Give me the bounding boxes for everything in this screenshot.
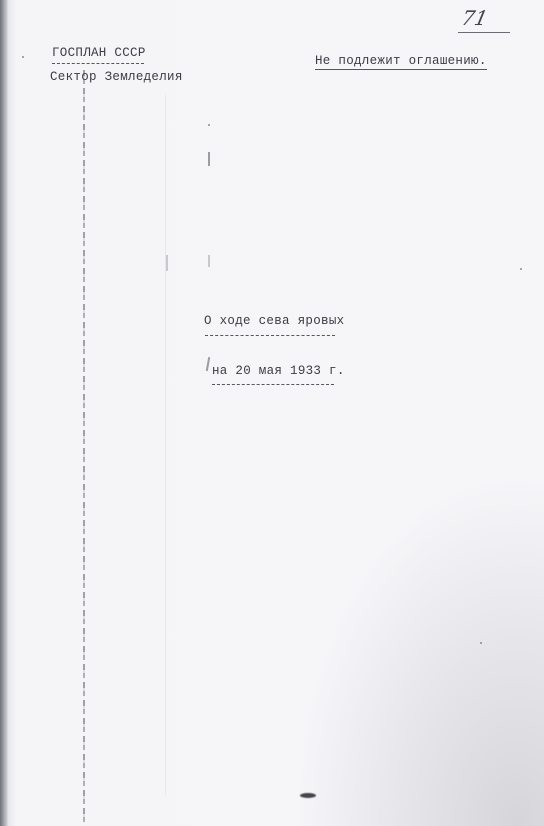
document-date: на 20 мая 1933 г. [212, 364, 345, 378]
margin-mark [206, 357, 210, 371]
sector-name: Сектор Земледелия [50, 70, 183, 84]
document-title: О ходе сева яровых [204, 314, 344, 328]
speck [22, 56, 24, 58]
scanned-page: 71 ГОСПЛАН СССР Сектор Земледелия Не под… [0, 0, 544, 826]
stray-mark [208, 255, 210, 267]
ink-smudge [300, 793, 316, 798]
title-underline [205, 335, 335, 336]
faint-crease [165, 95, 166, 795]
folio-number: 71 [459, 6, 490, 30]
organization-name: ГОСПЛАН СССР [52, 46, 146, 60]
speck [480, 642, 482, 644]
folio-underline [458, 32, 510, 33]
date-underline [212, 384, 334, 385]
fold-line [83, 70, 85, 826]
speck [208, 124, 210, 126]
organization-underline [52, 63, 144, 64]
stray-mark [166, 255, 168, 271]
binding-shadow [0, 0, 8, 826]
stray-mark [208, 152, 210, 166]
restriction-notice: Не подлежит оглашению. [315, 54, 487, 70]
speck [520, 268, 522, 270]
